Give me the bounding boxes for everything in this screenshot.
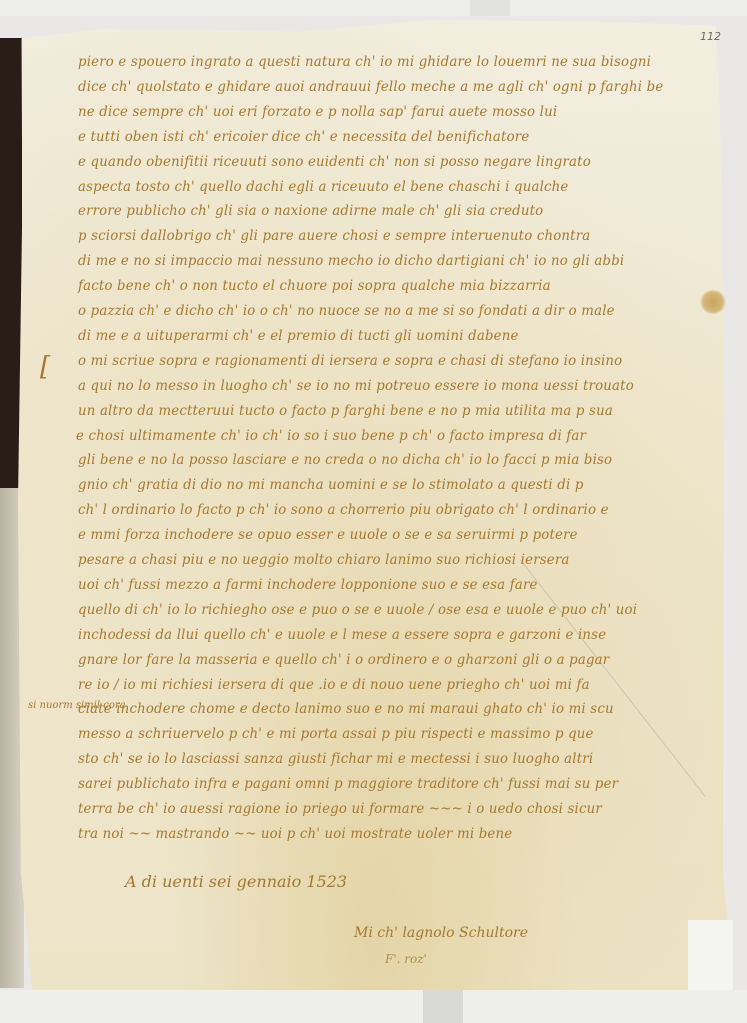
- manuscript-line: errore publicho ch' gli sia o naxione ad…: [78, 203, 718, 219]
- manuscript-line: gnare lor fare la masseria e quello ch' …: [78, 652, 718, 668]
- manuscript-line: aspecta tosto ch' quello dachi egli a ri…: [78, 179, 718, 195]
- mount-tab-bottom: [423, 990, 463, 1023]
- scan-background-top: [0, 0, 747, 16]
- manuscript-line: sarei publichato infra e pagani omni p m…: [78, 776, 718, 792]
- manuscript-line: terra be ch' io auessi ragione io priego…: [78, 801, 718, 817]
- margin-note: si nuorm simil cora: [28, 700, 126, 711]
- paper-repair-patch: [688, 920, 733, 990]
- manuscript-line: di me e a uituperarmi ch' e el premio di…: [78, 328, 718, 344]
- manuscript-line: o pazzia ch' e dicho ch' io o ch' no nuo…: [78, 303, 718, 319]
- mount-tab-top: [470, 0, 510, 16]
- manuscript-line: sto ch' se io lo lasciassi sanza giusti …: [78, 751, 718, 767]
- manuscript-line: tra noi ~~ mastrando ~~ uoi p ch' uoi mo…: [78, 826, 718, 842]
- scan-background-bottom: [0, 990, 747, 1023]
- manuscript-line: quello di ch' io lo richiegho ose e puo …: [78, 602, 718, 618]
- folio-number: 112: [700, 30, 721, 43]
- manuscript-line: gli bene e no la posso lasciare e no cre…: [78, 452, 718, 468]
- scan-mount-dark: [0, 38, 22, 488]
- manuscript-line: facto bene ch' o non tucto el chuore poi…: [78, 278, 718, 294]
- manuscript-line: un altro da mectteruui tucto o facto p f…: [78, 403, 718, 419]
- manuscript-line: ciate inchodere chome e decto lanimo suo…: [78, 701, 718, 717]
- manuscript-line: dice ch' quolstato e ghidare auoi andrau…: [78, 79, 718, 95]
- manuscript-line: o mi scriue sopra e ragionamenti di iers…: [78, 353, 718, 369]
- signature-line-1: Mi ch' lagnolo Schultore: [354, 925, 528, 941]
- manuscript-line: uoi ch' fussi mezzo a farmi inchodere lo…: [78, 577, 718, 593]
- signature-line-2: F'. roz': [385, 952, 427, 966]
- manuscript-line: inchodessi da llui quello ch' e uuole e …: [78, 627, 718, 643]
- manuscript-line: pesare a chasi piu e no ueggio molto chi…: [78, 552, 718, 568]
- manuscript-line: re io / io mi richiesi iersera di que .i…: [78, 677, 718, 693]
- manuscript-line: e tutti oben isti ch' ericoier dice ch' …: [78, 129, 718, 145]
- manuscript-line: a qui no lo messo in luogho ch' se io no…: [78, 378, 718, 394]
- manuscript-line: messo a schriuervelo p ch' e mi porta as…: [78, 726, 718, 742]
- manuscript-line: ne dice sempre ch' uoi eri forzato e p n…: [78, 104, 718, 120]
- manuscript-line: ch' l ordinario lo facto p ch' io sono a…: [78, 502, 718, 518]
- manuscript-line: e mmi forza inchodere se opuo esser e uu…: [78, 527, 718, 543]
- manuscript-line: di me e no si impaccio mai nessuno mecho…: [78, 253, 718, 269]
- manuscript-line: p sciorsi dallobrigo ch' gli pare auere …: [78, 228, 718, 244]
- date-line: A di uenti sei gennaio 1523: [125, 872, 347, 891]
- manuscript-line: gnio ch' gratia di dio no mi mancha uomi…: [78, 477, 718, 493]
- manuscript-line: e quando obenifitii riceuuti sono euiden…: [78, 154, 718, 170]
- manuscript-line: e chosi ultimamente ch' io ch' io so i s…: [76, 428, 716, 444]
- margin-bracket-mark: [: [40, 352, 50, 382]
- manuscript-line: piero e spouero ingrato a questi natura …: [78, 54, 718, 70]
